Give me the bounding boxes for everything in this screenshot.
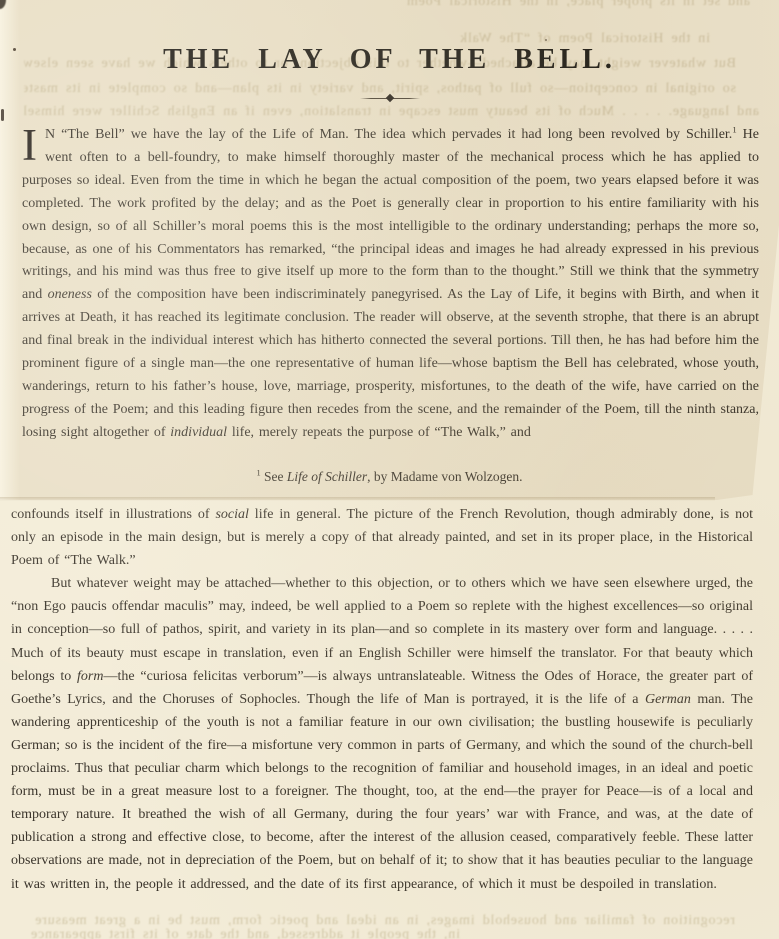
page-top-sheet: and set in its proper place, in the Hist… bbox=[0, 0, 779, 500]
bleed-through-line: and set in its proper place, in the Hist… bbox=[270, 0, 750, 10]
lead-paragraph: IN “The Bell” we have the lay of the Lif… bbox=[22, 124, 759, 445]
dust-speck bbox=[545, 39, 547, 41]
second-paragraph-text: But whatever weight may be attached—whet… bbox=[11, 576, 753, 891]
continuation-paragraph: confounds itself in illustrations of soc… bbox=[11, 503, 753, 572]
bleed-through-line: in, the people it addressed, and the dat… bbox=[30, 927, 460, 939]
second-paragraph: But whatever weight may be attached—whet… bbox=[11, 572, 753, 895]
lead-paragraph-text: N “The Bell” we have the lay of the Life… bbox=[22, 127, 759, 440]
footnote-text: 1 See Life of Schiller, by Madame von Wo… bbox=[256, 469, 522, 484]
scanned-book-page: and set in its proper place, in the Hist… bbox=[0, 0, 779, 939]
title-divider bbox=[0, 92, 779, 104]
page-title: THE LAY OF THE BELL. bbox=[0, 44, 779, 76]
diamond-ornament-icon bbox=[385, 94, 393, 102]
continuation-paragraph-text: confounds itself in illustrations of soc… bbox=[11, 507, 753, 568]
bottom-text-block: confounds itself in illustrations of soc… bbox=[11, 503, 753, 896]
footnote: 1 See Life of Schiller, by Madame von Wo… bbox=[0, 469, 779, 485]
drop-cap: I bbox=[22, 124, 45, 163]
top-text-block: IN “The Bell” we have the lay of the Lif… bbox=[22, 124, 759, 445]
bleed-through-line: and language. . . . . Much of its beauty… bbox=[24, 104, 759, 120]
bleed-through-line: recognition of familiar and household im… bbox=[30, 913, 735, 929]
